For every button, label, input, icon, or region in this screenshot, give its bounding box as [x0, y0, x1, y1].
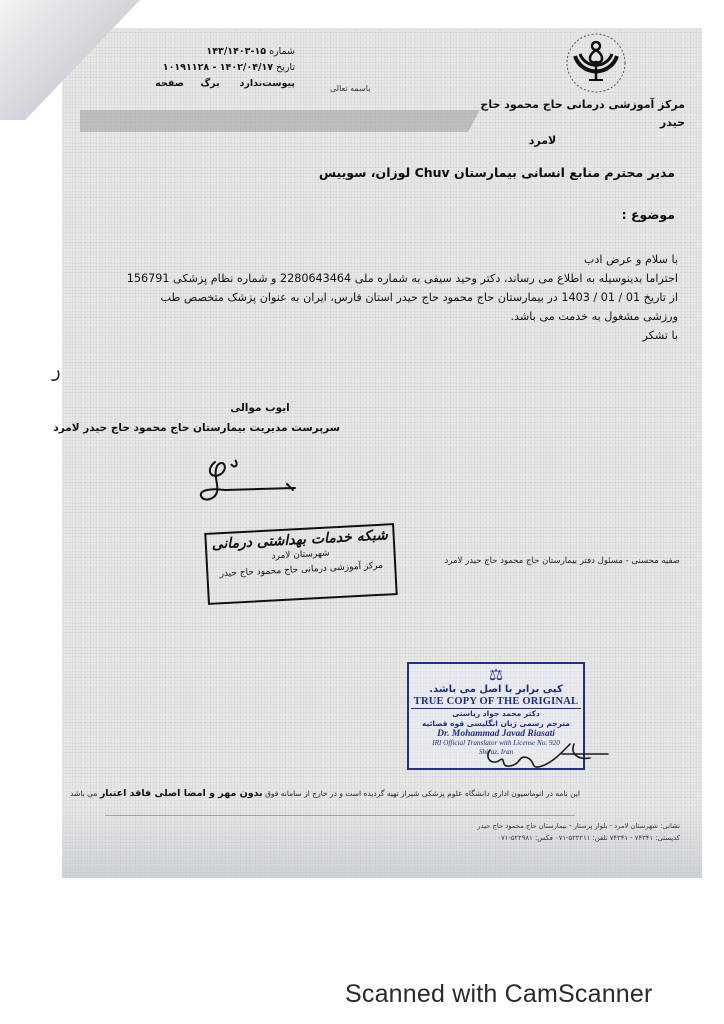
page-label: برگ [200, 78, 219, 89]
signer-title: سرپرست مدیریت بیمارستان حاج محمود حاج حی… [80, 418, 340, 438]
camscanner-watermark: Scanned with CamScanner [345, 980, 653, 1009]
letter-meta: شماره ۱۵-۱۴۳/۱۴۰۳ تاریخ ۱۴۰۲/۰۴/۱۷ - ۱۰۱… [80, 44, 295, 92]
letter-closing: با تشکر [100, 326, 678, 345]
letter-body: با سلام و عرض ادب احتراما بدینوسیله به ا… [100, 250, 678, 345]
letter-number-label: شماره [269, 46, 295, 57]
footer-divider [105, 815, 575, 816]
signer-name: ایوب موالی [180, 398, 340, 418]
margin-pen-mark-icon [48, 370, 62, 384]
footer-address-line-2: کدپستی: ۷۴۳۴۱ - ۷۴۳۴۱ تلفن: ۵۲۲۲۱۱-۰۷۱ ف… [380, 832, 680, 844]
letter-body-line: از تاریخ 01 / 01 / 1403 در بیمارستان حاج… [100, 288, 678, 307]
organization-name: مرکز آموزشی درمانی حاج محمود حاج حیدر لا… [470, 96, 685, 150]
hospital-stamp: شبکه خدمات بهداشتی درمانی شهرستان لامرد … [204, 523, 398, 605]
stamp-translator-name-en: Dr. Mohammad Javad Riasati [409, 729, 583, 739]
signer-block: ایوب موالی سرپرست مدیریت بیمارستان حاج م… [180, 398, 340, 438]
letter-greeting: با سلام و عرض ادب [100, 250, 678, 269]
translator-signature-icon [470, 740, 610, 785]
letter-number-row: شماره ۱۵-۱۴۳/۱۴۰۳ [80, 44, 295, 60]
ministry-emblem-icon [565, 32, 627, 94]
disclaimer-prefix: این نامه در اتوماسیون اداری دانشگاه علوم… [265, 789, 580, 798]
attachment-label: پیوست‌ندارد [240, 78, 295, 89]
stamp-true-copy-fa: کپی برابر با اصل می باشد. [409, 684, 583, 696]
footer-disclaimer: این نامه در اتوماسیون اداری دانشگاه علوم… [150, 788, 580, 799]
stamp-translator-title-fa: مترجم رسمی زبان انگلیسی قوه قضائیه [409, 719, 583, 729]
signature-icon [195, 452, 315, 507]
letter-subject-label: موضوع : [560, 207, 675, 222]
stamp-true-copy-en: TRUE COPY OF THE ORIGINAL [411, 696, 581, 709]
bismillah: باسمه تعالی [330, 84, 370, 93]
letter-body-line: ورزشی مشغول به خدمت می باشد. [100, 307, 678, 326]
letter-recipient: مدیر محترم منابع انسانی بیمارستان Chuv ل… [380, 165, 675, 180]
stamp-translator-name-fa: دکتر محمد جواد ریاستی [409, 709, 583, 719]
header-gray-band [80, 110, 480, 132]
letter-body-line: احتراما بدینوسیله به اطلاع می رساند، دکت… [100, 269, 678, 288]
footer-address-line-1: نشانی: شهرستان لامرد - بلوار پرستار - بی… [380, 820, 680, 832]
organization-line-2: لامرد [470, 132, 685, 150]
footer-address: نشانی: شهرستان لامرد - بلوار پرستار - بی… [380, 820, 680, 844]
cc-line: صفیه محسنی - مسئول دفتر بیمارستان حاج مح… [390, 556, 680, 566]
scales-of-justice-icon: ⚖ [409, 666, 583, 684]
organization-line-1: مرکز آموزشی درمانی حاج محمود حاج حیدر [470, 96, 685, 132]
page-of-label: صفحه [155, 78, 184, 89]
letter-date-label: تاریخ [276, 62, 295, 73]
disclaimer-suffix: می باشد [70, 789, 97, 798]
disclaimer-bold: بدون مهر و امضا اصلی فاقد اعتبار [100, 788, 263, 799]
letter-attachment-row: پیوست‌ندارد برگ صفحه [80, 76, 295, 92]
letter-date-value: ۱۴۰۲/۰۴/۱۷ - ۱۰۱۹۱۱۲۸ [163, 62, 273, 73]
letter-number-value: ۱۵-۱۴۳/۱۴۰۳ [206, 46, 266, 57]
letter-date-row: تاریخ ۱۴۰۲/۰۴/۱۷ - ۱۰۱۹۱۱۲۸ [80, 60, 295, 76]
